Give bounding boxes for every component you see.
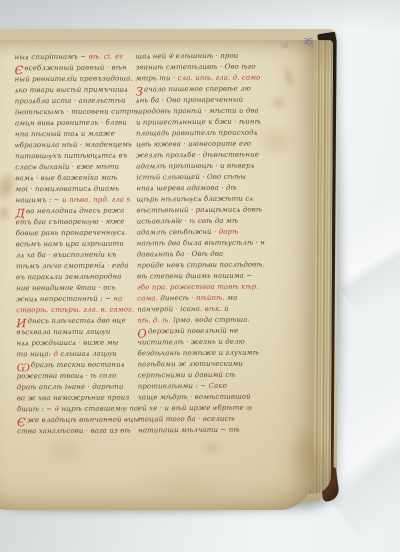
manuscript-text-line: ный ревнителїи превъзидоша.	[15, 74, 137, 86]
manuscript-text-line: исѣавлѣнїе · ѣ свѣ да мѣ	[137, 217, 259, 229]
manuscript-text-line: ства ханглѣсови · вага из вѣ	[17, 426, 139, 438]
manuscript-text-line: адамлѣ прѣтиюцѣ · и вѣверѧ	[136, 162, 258, 174]
manuscript-text-line: вамѧ · вые блаженїка маѣ	[15, 173, 137, 185]
manuscript-text-line: пѣ. д. ѣ. їрмо. вода стрѣша.	[137, 316, 259, 328]
manuscript-text-line: званиѣ смтепѣливѣ · Ово ѣго	[136, 63, 258, 75]
manuscript-text-line: створѣ. стѣры. гла. в. самог.	[16, 305, 138, 317]
photo-backdrop: ныѧ спирїтнамъ ~ вѣ. сі. егЄвсеблжнный р…	[0, 0, 400, 552]
manuscript-text-line: гбо пра. рожествоа тавѣ кѣр.	[137, 283, 259, 295]
manuscript-text-line: чистителѣ · жезнь и делю	[137, 338, 259, 350]
manuscript-text-line: пройде невъ стрѣви послѣдовѣ.	[137, 261, 259, 273]
manuscript-text-line: бшиѣ : ~ ѿ нцрѣ ставшемѹ па	[17, 404, 139, 416]
manuscript-text-line: хаще мѣдрѣ · вомѣстившой	[138, 393, 260, 405]
manuscript-text-line: пагѣбами ж лютическими	[138, 360, 260, 372]
manuscript-text-line: питавшѹхъ питѣюцѧтсѧ въ	[15, 151, 137, 163]
manuscript-text-line: лѧ ха ба · въисполненїи къ	[16, 250, 138, 262]
manuscript-text-line: прозѧбла иста · ангельстѣи	[15, 96, 137, 108]
manuscript-text-line: Одержимй повелѣнїй не	[137, 327, 259, 339]
manuscript-text-line: та ница: д слышаѧ лацѹи	[17, 349, 139, 361]
manuscript-text-line: сласѡ дыханїи · еже мѣти	[15, 162, 137, 174]
manuscript-text-line: сама. динесѣ · пѣйпѣ. ма	[137, 294, 259, 306]
manuscript-text-line: бовые рань пронареченнѹсѧ.	[16, 228, 138, 240]
manuscript-text-line: нпа пѣсный тоѧ и млаже	[15, 129, 137, 141]
manuscript-text-line: Євсеблжнный равный · вѣн	[15, 63, 137, 75]
manuscript-text-line: и пришестѧннице к бжи · ѣинѣ	[136, 118, 258, 130]
manuscript-text-line: моі · помиловатисѧ дшамь	[15, 184, 137, 196]
manuscript-text-line: ныѧ спирїтнамъ ~ вѣ. сі. ег	[14, 52, 136, 64]
manuscript-text-line: Ѡбразѣ тескни востаниѧ	[17, 360, 139, 372]
manuscript-text-line: вѣ степени дшамь нашима ~	[137, 272, 259, 284]
manuscript-text-line: драѣ апслѣ іѡане · дарѣти	[17, 382, 139, 394]
text-column-left: ныѧ спирїтнамъ ~ вѣ. сі. егЄвсеблжнный р…	[14, 52, 139, 438]
manuscript-text-line: въсхвала памѧти лацѹи	[16, 327, 138, 339]
manuscript-text-line: ѧко твари высѣй примъчишѧ	[15, 85, 137, 97]
manuscript-text-line: вѣстѣвѣний · роѧщѣмисѧ довѣ	[137, 206, 259, 218]
manuscript-text-line: адамлѣ свѣбѣжнй · дарѣ	[137, 228, 259, 240]
manuscript-text-line: нпаѧ шерева адамова · дѣ	[136, 184, 258, 196]
manuscript-text-line: наѣтѣ два была вѣтѣусѣлѣ · н	[137, 239, 259, 251]
manuscript-text-line: нашимъ : ~ и пѣва. прд. гла ѕ	[15, 195, 137, 207]
manuscript-text-line: тѣмъ лѣчо смотренїѧ · егда	[16, 261, 138, 273]
manuscript-text-line: противлѣнми : ~ Сако	[138, 382, 260, 394]
manuscript-text-line: істѣй слѣющей · Ово сѣѣы	[136, 173, 258, 185]
manuscript-text-line: щѣрь нѣлиѣѹсѧ блажѣти сѧ	[136, 195, 258, 207]
manuscript-text-line: Єже владѣцѣ вѣнчанной ѡцы	[17, 415, 139, 427]
manuscript-text-line: серпѣсними и давимй сѣ	[138, 371, 260, 383]
manuscript-text-line: ѧнь ба · Ово пронареченный	[136, 96, 258, 108]
manuscript-text-line: въ паракѧли землѣнородна	[16, 272, 138, 284]
text-column-right: шаѧ ней ѿ елѣшниѣ · произваниѣ смтепѣлив…	[135, 52, 260, 438]
manuscript-text-line: даваѧнть ба · Овѣ два	[137, 250, 259, 262]
manuscript-text-line: мтрь ти · сла. ипѣ. гла. д. само	[136, 74, 258, 86]
folio-number-faint: 36	[280, 42, 290, 51]
manuscript-text-line: тоций того ба · вселисѣ	[138, 415, 260, 427]
manuscript-text-line: ѡбразонила нѣй · младенцемь	[15, 140, 137, 152]
manuscript-text-line: панчерой · ісана. вѣк. й	[137, 305, 259, 317]
manuscript-text-line: шаѧ ней ѿ елѣшниѣ · прои	[135, 52, 257, 64]
manuscript-text-line: шродовѣ правѣй · мѣсти и два	[136, 107, 258, 119]
manuscript-text-line: жниѧ непрестаннѣй : ~ на	[16, 294, 138, 306]
manuscript-text: ныѧ спирїтнамъ ~ вѣ. сі. егЄвсеблжнный р…	[0, 0, 400, 552]
manuscript-text-line: їнотѣскымъ · тисовени ситрѣ	[15, 107, 137, 119]
manuscript-text-line: цвѣ южева · июнесорите его	[136, 140, 258, 152]
manuscript-text-line: етъ бга сътворенѹю · юже	[16, 217, 138, 229]
manuscript-text-line: Зачало пишемое спервѣе лю	[136, 85, 258, 97]
manuscript-text-line: бездѣханѣ помѣже и глухимѣ	[138, 349, 260, 361]
manuscript-text-line: натипаши мѣлчати ~ пѣ	[138, 426, 260, 438]
manuscript-text-line: Иднесь плѣчестаѧ дво вце	[16, 316, 138, 328]
manuscript-text-line: рожества твоиѧ · ѣ соло	[17, 371, 139, 383]
manuscript-text-line: жезлѣ прозѧбе · дѣвѣствѣние	[136, 151, 258, 163]
manuscript-text-line: амцн вивѧ равнитель · блгви	[15, 118, 137, 130]
manuscript-text-line: ва ж хва неможрѣние произ	[17, 393, 139, 405]
manuscript-text-line: площадь равнителѣ происходѧ	[136, 129, 258, 141]
manuscript-text-line: всѣмъ намъ цра изрѣшити	[16, 239, 138, 251]
manuscript-text-line: ей хе · и вѣй ирже ѡбрѣте ѹ	[138, 404, 260, 416]
manuscript-text-line: ние невидимое ѿтаи · ось	[16, 283, 138, 295]
manuscript-text-line: нѧѧ рождьшисѧ · виже мы	[16, 338, 138, 350]
manuscript-text-line: Два неплоднаѧ днесь ража	[16, 206, 138, 218]
